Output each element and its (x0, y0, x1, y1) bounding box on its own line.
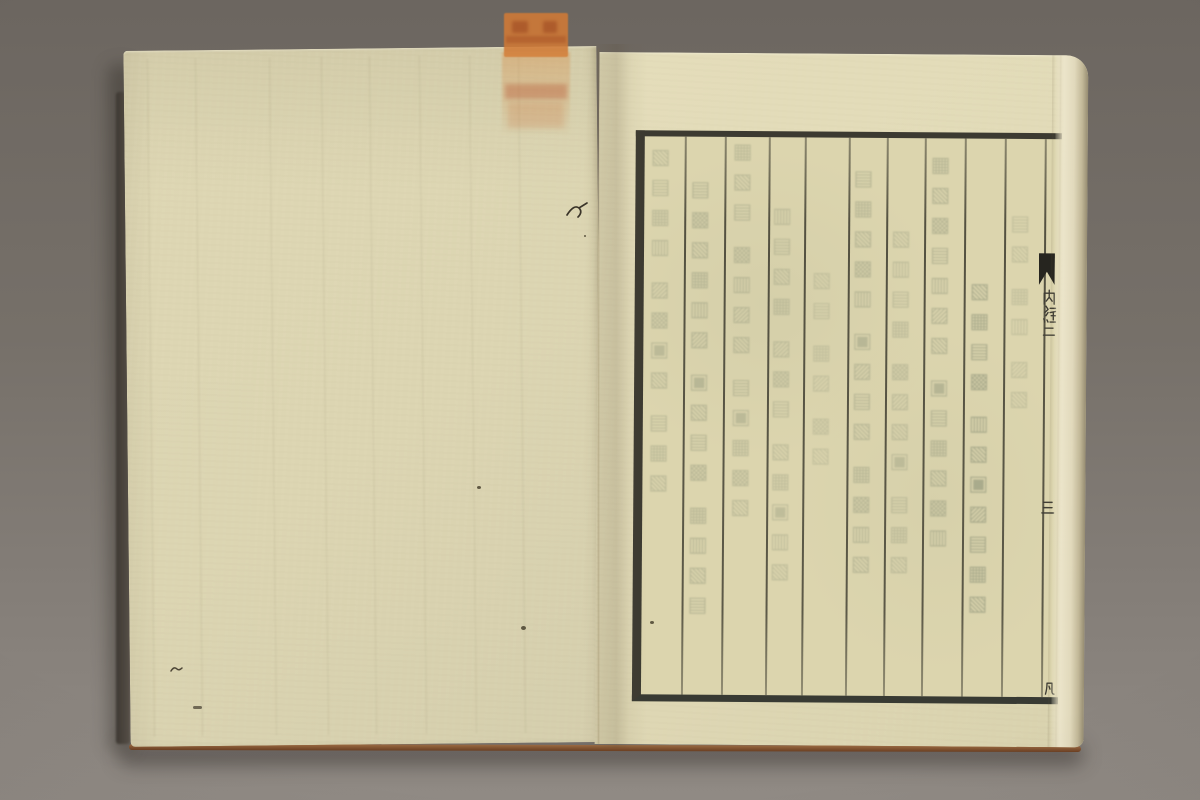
ink-speck (170, 659, 183, 678)
photo-backdrop: ▨▤▦▥ ▧▩▣▨ ▤▦▨▤▩▨▦▥▧ ▣▨▤▩ ▦▥▨▤▦▨▤ ▩▥▧▨ ▤▣… (0, 0, 1200, 800)
show-through-rule (368, 56, 377, 734)
right-page: ▨▤▦▥ ▧▩▣▨ ▤▦▨▤▩▨▦▥▧ ▣▨▤▩ ▦▥▨▤▦▨▤ ▩▥▧▨ ▤▣… (595, 52, 1089, 747)
column-rule (721, 137, 726, 695)
slip-show-through-blotch (508, 102, 564, 128)
column-rule (1041, 139, 1046, 697)
bleed-through-text-column: ▤▦▨▩▥ ▣▧▤▨ ▦▩▥▨ (851, 166, 882, 582)
ink-speck (521, 626, 526, 630)
left-page (123, 46, 603, 747)
bleed-through-text-column: ▨▤▦▥ ▧▩▣▨ ▤▦▨ (648, 144, 678, 500)
bleed-through-text: ▨▤▦▥ ▧▩▣▨ ▤▦▨▤▩▨▦▥▧ ▣▨▤▩ ▦▥▨▤▦▨▤ ▩▥▧▨ ▤▣… (645, 136, 1062, 139)
slip-stamp-mark (543, 21, 557, 33)
paper-fiber (565, 200, 591, 224)
show-through-rule (418, 56, 427, 734)
show-through-rule (468, 55, 477, 733)
column-rule (921, 138, 926, 696)
char-two-icon (1041, 324, 1056, 338)
fishtail-mark-icon (1039, 253, 1055, 285)
char-nei-icon (1042, 289, 1057, 305)
bleed-through-text-column: ▨▦▤▩ ▥▨▣▧▤▦▨ (967, 279, 997, 622)
slip-show-through-band (505, 84, 567, 99)
show-through-rule (146, 59, 155, 737)
bleed-through-text-column: ▥▤▨▦ ▧▩▤ ▨▦▣▥▨ (770, 203, 801, 589)
slip-stamp-mark (512, 21, 528, 33)
bleed-through-text-column: ▤▨ ▦▥ ▧▨ (1009, 211, 1038, 417)
column-rules (645, 136, 1062, 139)
show-through-rule (320, 57, 329, 735)
bleed-through-text-column: ▨▤ ▦▧ ▩▨ (810, 267, 839, 473)
corner-glyph: 凡 (1042, 681, 1055, 696)
printed-frame: ▨▤▦▥ ▧▩▣▨ ▤▦▨▤▩▨▦▥▧ ▣▨▤▩ ▦▥▨▤▦▨▤ ▩▥▧▨ ▤▣… (632, 130, 1062, 704)
ink-speck (477, 486, 481, 489)
bleed-through-text-column: ▨▥▤▦ ▩▧▨▣ ▤▦▨ (889, 226, 919, 582)
char-three-icon (1040, 499, 1055, 516)
bleed-through-text-column: ▤▩▨▦▥▧ ▣▨▤▩ ▦▥▨▤ (687, 177, 718, 623)
ink-speck (193, 706, 202, 709)
show-through-rule (194, 58, 203, 736)
char-partial-icon (1042, 681, 1055, 696)
column-rule (1001, 139, 1006, 697)
show-through-rule (268, 57, 277, 735)
ink-speck (650, 621, 654, 624)
page-number: 三 (1040, 499, 1055, 516)
banxin-title: 内経二 (1041, 289, 1056, 338)
bleed-through-text-column: ▦▨▤ ▩▥▧▨ ▤▣▦▩▨ (730, 139, 761, 525)
column-rule (801, 137, 806, 695)
show-through-rule (517, 55, 526, 733)
char-kei-icon (1042, 305, 1057, 324)
slip-stamp-bar (506, 36, 566, 43)
ink-speck (584, 235, 586, 237)
bleed-through-text-column: ▦▨▩▤▥▧▨ ▣▤▦▨▩▥ (928, 152, 959, 555)
paper-label-slip (504, 13, 568, 57)
gutter-crease (598, 48, 599, 744)
